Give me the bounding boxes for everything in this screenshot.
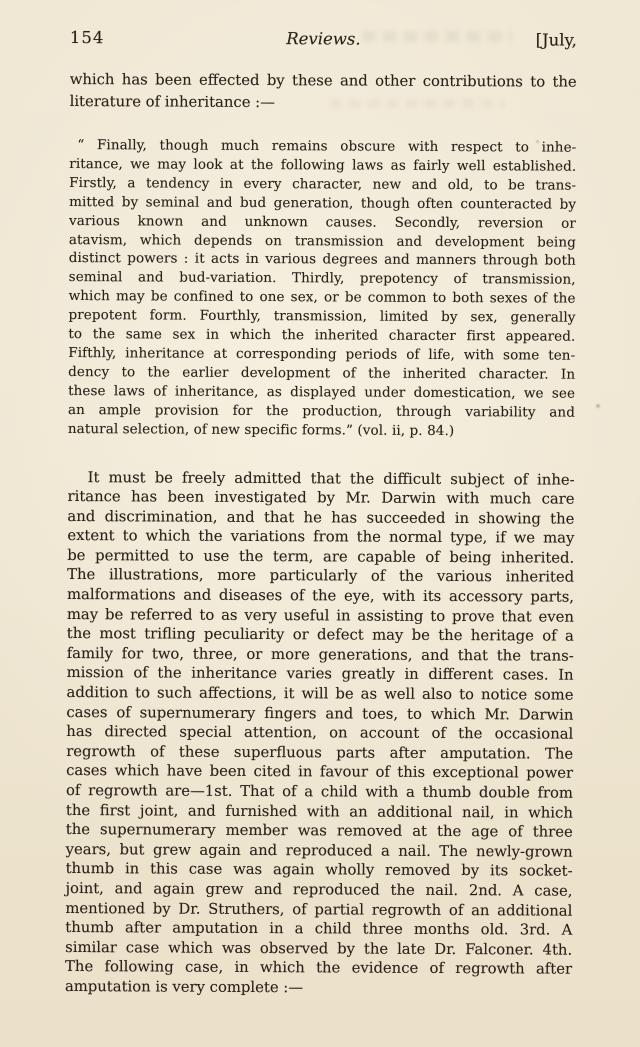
- text-line: mentioned by Dr. Struthers, of partial r…: [65, 899, 572, 921]
- text-line: of regrowth are—1st. That of a child wit…: [66, 781, 573, 803]
- page-header: 154 Reviews. [July,: [70, 28, 577, 51]
- text-line: joint, and again grew and reproduced the…: [65, 879, 572, 901]
- text-line: Fifthly, inheritance at corresponding pe…: [68, 344, 575, 366]
- page-content: 154 Reviews. [July, which has been effec…: [65, 28, 577, 999]
- text-line: regrowth of these superfluous parts afte…: [66, 742, 573, 764]
- text-line: to the same sex in which the inherited c…: [68, 325, 575, 347]
- intro-paragraph: which has been effected by these and oth…: [70, 69, 577, 115]
- text-line: cases which have been cited in favour of…: [66, 761, 573, 783]
- text-line: similar case which was observed by the l…: [65, 938, 572, 960]
- text-line: literature of inheritance :—: [70, 90, 577, 114]
- text-line: the supernumerary member was removed at …: [66, 820, 573, 842]
- text-line: various known and unknown causes. Second…: [69, 212, 576, 234]
- page-number: 154: [70, 28, 239, 49]
- text-line: mitted by seminal and bud generation, th…: [69, 193, 576, 215]
- text-line: an ample provision for the production, t…: [68, 401, 575, 423]
- text-line: ritance has been investigated by Mr. Dar…: [67, 487, 574, 509]
- text-line: cases of supernumerary fingers and toes,…: [66, 703, 573, 725]
- text-line: thumb in this case was again wholly remo…: [66, 859, 573, 881]
- text-line: thumb after amputation in a child three …: [65, 918, 572, 940]
- text-line: natural selection, of new specific forms…: [68, 420, 575, 442]
- text-line: mission of the inheritance varies greatl…: [67, 663, 574, 685]
- running-title: Reviews.: [239, 29, 408, 50]
- body-paragraph: It must be freely admitted that the diff…: [65, 467, 575, 999]
- issue-date: [July,: [408, 30, 577, 51]
- scanned-book-page: 154 Reviews. [July, which has been effec…: [0, 0, 640, 1047]
- text-line: amputation is very complete :—: [65, 977, 572, 999]
- text-line: The illustrations, more particularly of …: [67, 565, 574, 587]
- text-line: ritance, we may look at the following la…: [69, 155, 576, 177]
- text-line: malformations and diseases of the eye, w…: [67, 585, 574, 607]
- block-quote: “ Finally, though much remains obscure w…: [68, 136, 577, 441]
- text-line: Firstly, a tendency in every character, …: [69, 174, 576, 196]
- text-line: these laws of inheritance, as displayed …: [68, 382, 575, 404]
- text-line: the most trifling peculiarity or defect …: [67, 624, 574, 646]
- text-line: It must be freely admitted that the diff…: [68, 467, 575, 489]
- text-line: addition to such affections, it will be …: [66, 683, 573, 705]
- text-line: extent to which the variations from the …: [67, 526, 574, 548]
- text-line: “ Finally, though much remains obscure w…: [69, 136, 576, 158]
- text-line: be permitted to use the term, are capabl…: [67, 546, 574, 568]
- text-line: has directed special attention, on accou…: [66, 722, 573, 744]
- text-line: may be referred to as very useful in ass…: [67, 605, 574, 627]
- text-line: the first joint, and furnished with an a…: [66, 801, 573, 823]
- text-line: family for two, three, or more generatio…: [67, 644, 574, 666]
- text-line: years, but grew again and reproduced a n…: [66, 840, 573, 862]
- text-line: and discrimination, and that he has succ…: [67, 507, 574, 529]
- text-line: dency to the earlier development of the …: [68, 363, 575, 385]
- paper-speck: [596, 404, 600, 408]
- text-line: The following case, in which the evidenc…: [65, 957, 572, 979]
- text-line: which has been effected by these and oth…: [70, 69, 577, 93]
